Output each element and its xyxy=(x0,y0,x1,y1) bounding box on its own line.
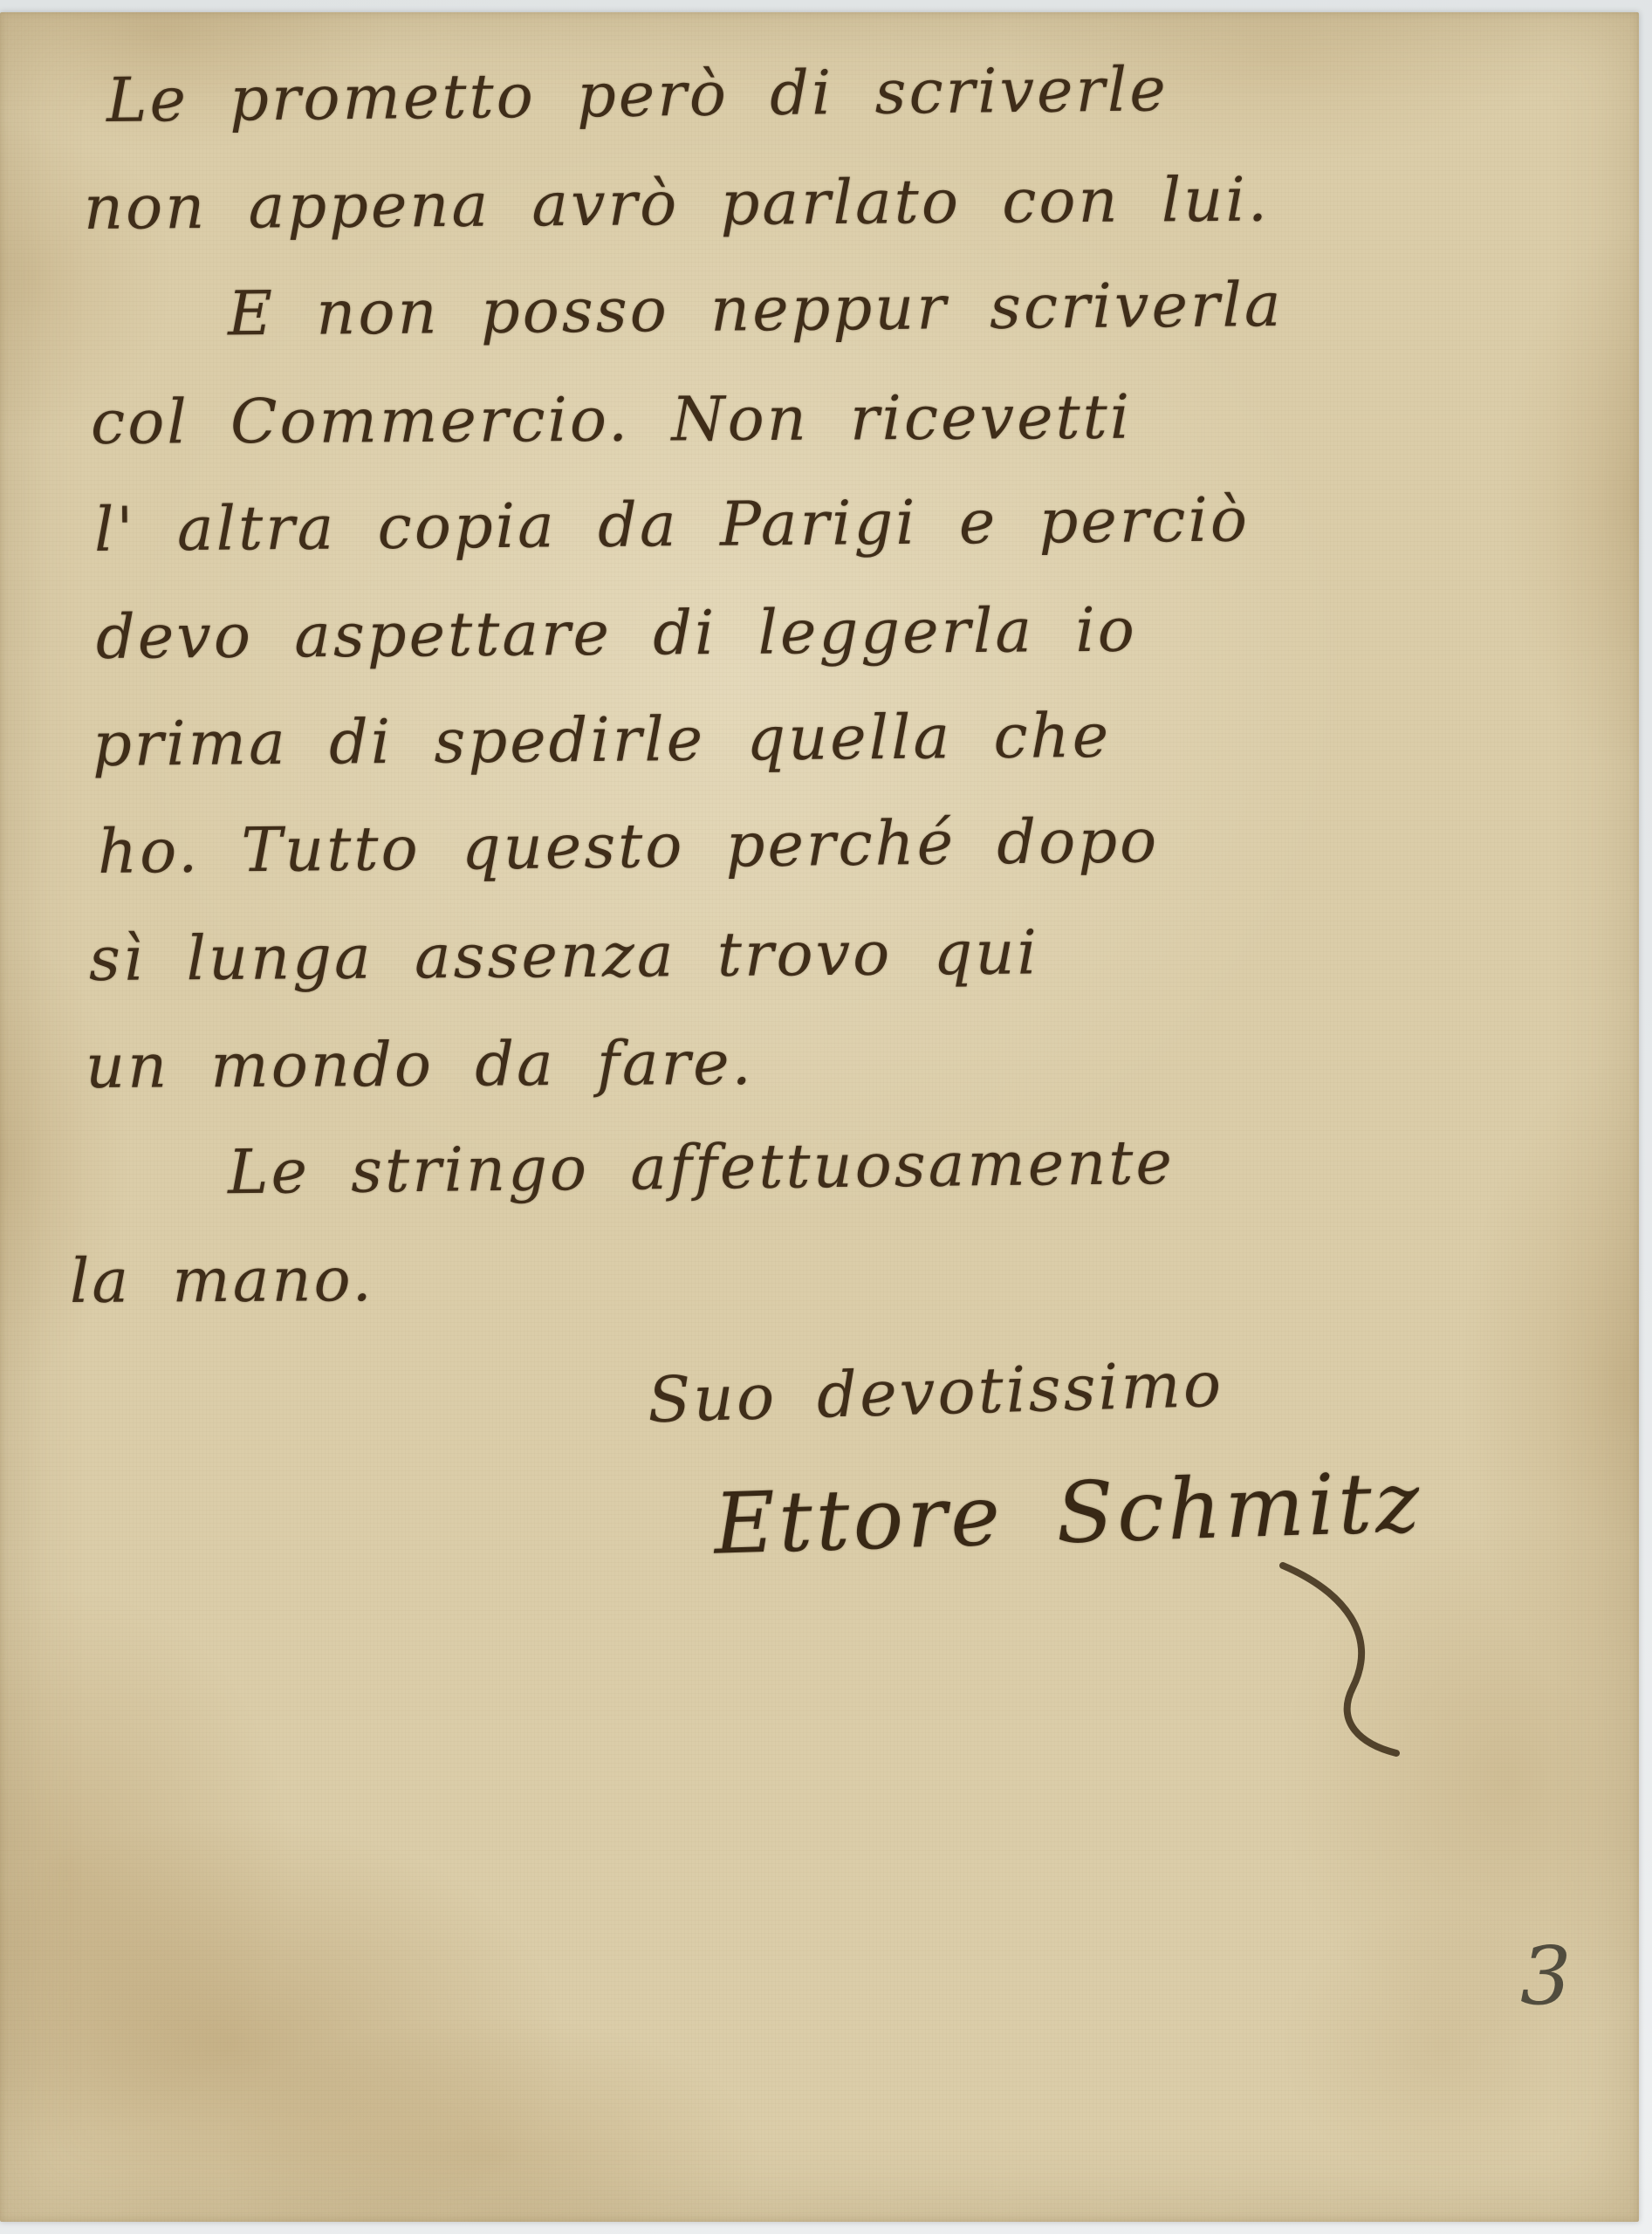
letter-line: non appena avrò parlato con lui. xyxy=(84,144,1629,262)
letter-line: Le stringo affettuosamente xyxy=(83,1104,1628,1228)
letter-line: Le prometto però di scriverle xyxy=(106,31,1628,154)
signature-flourish-icon xyxy=(1248,1557,1440,1766)
letter-line: devo aspettare di leggerla io xyxy=(96,573,1629,691)
letter-line: sì lunga assenza trovo qui xyxy=(89,895,1629,1013)
signature: Ettore Schmitz xyxy=(713,1460,1424,1566)
letter-line: col Commercio. Non ricevetti xyxy=(91,361,1629,476)
letter-line: ho. Tutto questo perché dopo xyxy=(97,783,1628,906)
letter-line: un mondo da fare. xyxy=(86,1005,1629,1120)
closing-line: Suo devotissimo xyxy=(647,1353,1224,1431)
letter-line: la mano. xyxy=(70,1220,1629,1335)
letter-line: E non posso neppur scriverla xyxy=(83,249,1628,369)
handwriting-text: Le prometto però di scriverlenon appena … xyxy=(84,47,1628,1335)
scan-background: Le prometto però di scriverlenon appena … xyxy=(0,0,1652,2234)
page-number: 3 xyxy=(1520,1936,1572,2017)
letter-line: l' altra copia da Parigi e perciò xyxy=(93,463,1628,584)
letter-line: prima di spedirle quella che xyxy=(92,678,1628,798)
letter-page: Le prometto però di scriverlenon appena … xyxy=(0,12,1639,2222)
